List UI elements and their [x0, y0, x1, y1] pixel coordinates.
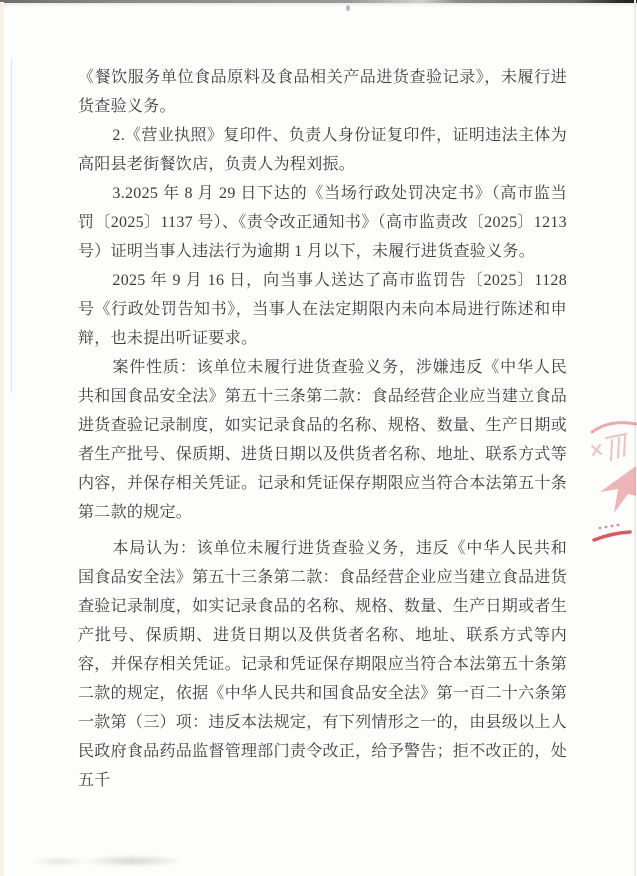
paragraph: 《餐饮服务单位食品原料及食品相关产品进货查验记录》，未履行进货查验义务。 [78, 63, 567, 121]
scan-smudge [32, 857, 87, 866]
scanned-document-page: 《餐饮服务单位食品原料及食品相关产品进货查验记录》，未履行进货查验义务。2.《营… [0, 0, 637, 876]
scan-edge-left [0, 2, 4, 876]
scan-edge-top-shadow [0, 3, 637, 7]
paragraph: 本局认为：该单位未履行进货查验义务，违反《中华人民共和国食品安全法》第五十三条第… [78, 534, 567, 795]
scan-smudge [83, 855, 183, 867]
document-body: 《餐饮服务单位食品原料及食品相关产品进货查验记录》，未履行进货查验义务。2.《营… [78, 63, 567, 795]
paragraph: 2025 年 9 月 16 日，向当事人送达了高市监罚告〔2025〕1128 号… [78, 266, 567, 353]
paragraph: 3.2025 年 8 月 29 日下达的《当场行政处罚决定书》（高市监当罚〔20… [78, 179, 567, 266]
scan-speck [346, 5, 350, 11]
paper-edge-line [11, 58, 12, 393]
red-seal-stamp-fragment-icon [584, 416, 637, 546]
paragraph: 案件性质：该单位未履行进货查验义务，涉嫌违反《中华人民共和国食品安全法》第五十三… [78, 353, 567, 527]
paragraph: 2.《营业执照》复印件、负责人身份证复印件，证明违法主体为高阳县老街餐饮店，负责… [78, 121, 567, 179]
